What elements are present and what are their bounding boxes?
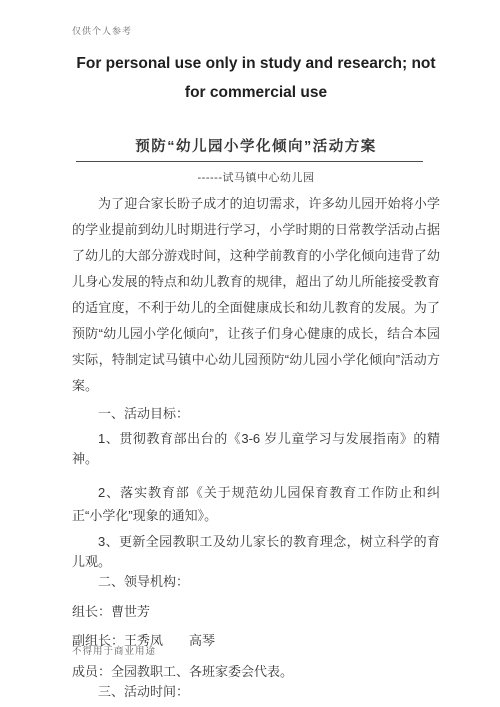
- disclaimer-footer: 不得用于商业用途: [72, 643, 156, 657]
- list-item-goal-1: 1、贯彻教育部出台的《3-6 岁儿童学习与发展指南》的精神。: [72, 429, 440, 469]
- section-heading-leadership: 二、领导机构：: [72, 572, 440, 592]
- line-group-leader: 组长：曹世芳: [72, 602, 440, 622]
- section-heading-activity-time: 三、活动时间：: [72, 682, 440, 702]
- document-page: 仅供个人参考 For personal use only in study an…: [0, 0, 500, 707]
- document-title: 预防“幼儿园小学化倾向”活动方案: [72, 135, 440, 156]
- disclaimer-header: 仅供个人参考: [72, 24, 440, 37]
- document-content: 仅供个人参考 For personal use only in study an…: [72, 0, 440, 702]
- title-divider: [76, 161, 423, 162]
- english-disclaimer-heading: For personal use only in study and resea…: [72, 49, 440, 107]
- list-item-goal-2: 2、落实教育部《关于规范幼儿园保育教育工作防止和纠正“小学化”现象的通知》。: [72, 481, 440, 527]
- document-subtitle: ------试马镇中心幼儿园: [72, 169, 440, 185]
- body-paragraph-intro: 为了迎合家长盼子成才的迫切需求，许多幼儿园开始将小学的学业提前到幼儿时期进行学习…: [72, 191, 440, 399]
- section-heading-activity-goals: 一、活动目标：: [72, 404, 440, 424]
- list-item-goal-3: 3、更新全园教职工及幼儿家长的教育理念，树立科学的育儿观。: [72, 532, 440, 572]
- line-members: 成员：全园教职工、各班家委会代表。: [72, 662, 440, 682]
